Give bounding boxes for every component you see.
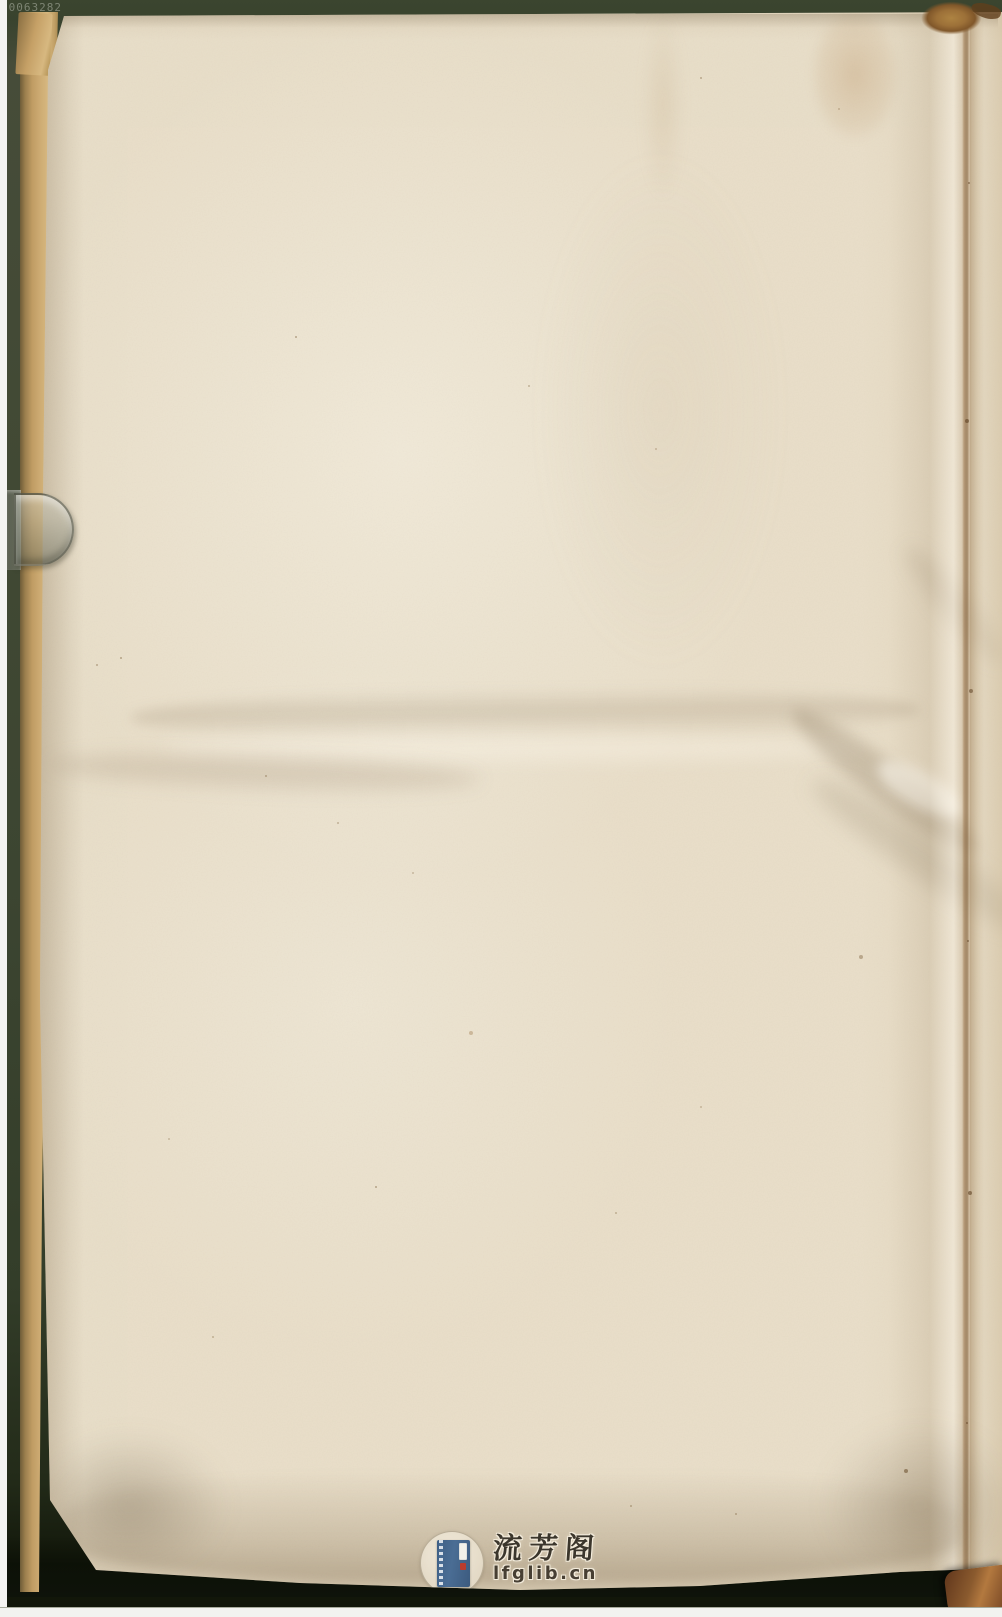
- seal-icon: [460, 1563, 466, 1570]
- stain-streak: [628, 10, 698, 280]
- top-edge-shadow: [48, 14, 998, 28]
- watermark-badge: [420, 1531, 484, 1595]
- watermark-url: lfglib.cn: [493, 1564, 601, 1584]
- blank-page: 流芳阁 lfglib.cn: [0, 0, 1002, 1617]
- binder-clip: [6, 490, 76, 570]
- book-title-label: [459, 1543, 467, 1560]
- gutter-page-beyond-fold: [970, 12, 1002, 1578]
- watermark-title: 流芳阁: [492, 1533, 602, 1563]
- watermark-text: 流芳阁 lfglib.cn: [493, 1531, 601, 1584]
- clip-cap: [14, 493, 74, 566]
- book-stitching: [439, 1540, 443, 1587]
- scan-id-number: 00063282: [1, 1, 62, 14]
- thread-bound-book-icon: [437, 1540, 470, 1587]
- scanner-edge-bottom: [0, 1607, 1002, 1617]
- book-scan: 流芳阁 lfglib.cn 00063282: [0, 0, 1002, 1617]
- watermark: 流芳阁 lfglib.cn: [420, 1531, 601, 1595]
- scanner-edge-left: [0, 0, 7, 1617]
- gutter-fold-line: [963, 14, 970, 1576]
- page-edges-corner: [15, 12, 52, 76]
- gutter-shading: [888, 12, 968, 1572]
